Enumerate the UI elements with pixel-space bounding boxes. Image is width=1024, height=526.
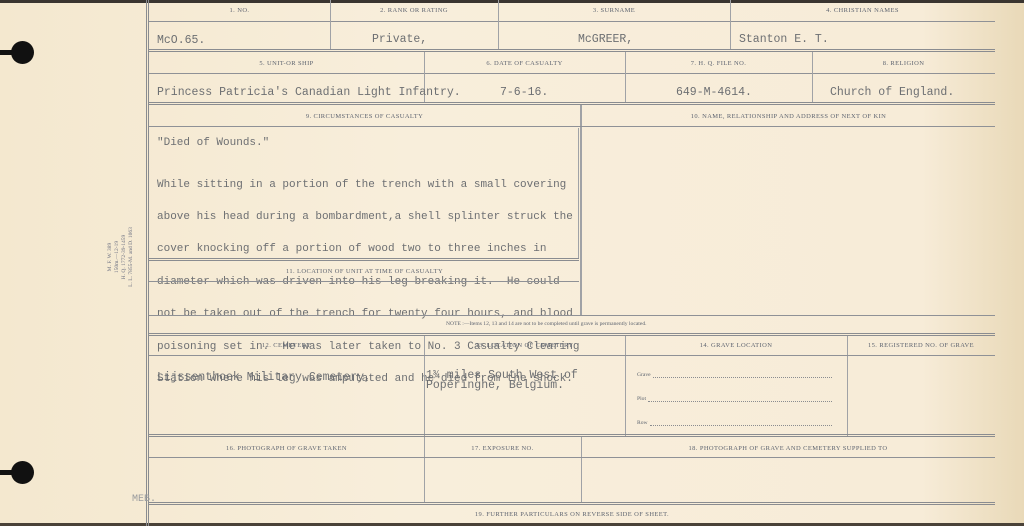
col-divider [578,128,579,258]
circumstances-heading[interactable]: "Died of Wounds." [157,138,269,149]
label-grave-location: 14. Grave Location [625,342,847,349]
rule-double [149,333,995,336]
rule-double [149,102,995,105]
label-location-of-unit: 11. Location of Unit at Time of Casualty [149,268,580,275]
value-surname[interactable]: McGREER, [578,33,633,46]
label-hq-file-no: 7. H. Q. File No. [625,60,812,67]
value-unit[interactable]: Princess Patricia's Canadian Light Infan… [157,86,461,99]
grave-field[interactable]: Grave [637,372,832,378]
circumstances-line: diameter which was driven into his leg b… [157,277,579,288]
label-photo-supplied: 18. Photograph of Grave and Cemetery Sup… [581,445,995,452]
value-no[interactable]: McO.65. [157,34,205,47]
circumstances-line: While sitting in a portion of the trench… [157,180,579,191]
value-rank[interactable]: Private, [372,33,427,46]
rule [149,355,995,356]
label-date-of-casualty: 6. Date of Casualty [424,60,625,67]
value-location-of-cemetery-line2[interactable]: Poperinghe, Belgium. [426,379,564,392]
punch-hole-icon [11,461,34,484]
rule [149,281,579,282]
value-christian-names[interactable]: Stanton E. T. [739,33,829,46]
print-line: L. L. 7855-M. and D. 1063 [128,217,135,297]
print-line: M. F. W. 389 [107,217,114,297]
top-edge [0,0,1024,3]
value-cemetery[interactable]: Lijssenthoek Military Cemetery, [157,371,371,384]
value-religion[interactable]: Church of England. [830,86,954,99]
row-field[interactable]: Row [637,420,832,426]
row-dots [650,420,832,426]
plot-label: Plot [637,396,646,402]
value-date-of-casualty[interactable]: 7-6-16. [500,86,548,99]
footer-note: 19. FURTHER PARTICULARS ON REVERSE SIDE … [149,511,995,518]
label-rank: 2. Rank or Rating [330,7,498,14]
rule [149,315,995,316]
rule-double [149,502,995,505]
label-next-of-kin: 10. Name, Relationship and Address of Ne… [582,113,995,120]
row-label: Row [637,420,648,426]
circumstances-line: cover knocking off a portion of wood two… [157,244,579,255]
label-christian-names: 4. Christian Names [730,7,995,14]
rule [149,126,995,127]
rule-double [149,49,995,52]
plot-field[interactable]: Plot [637,396,832,402]
label-no: 1. No. [149,7,330,14]
col-divider [625,336,626,436]
col-divider [847,336,848,436]
label-surname: 3. Surname [498,7,730,14]
value-hq-file-no[interactable]: 649-M-4614. [676,86,752,99]
label-registered-no: 15. Registered No. of Grave [847,342,995,349]
print-line: H. Q. 1772-39-1459 [121,217,128,297]
rule [149,457,995,458]
col-divider [580,105,582,315]
circumstances-line: above his head during a bombardment,a sh… [157,212,579,223]
plot-dots [648,396,832,402]
grave-label: Grave [637,372,651,378]
grave-dots [653,372,832,378]
grave-note: NOTE :—Items 12, 13 and 14 are not to be… [446,321,647,327]
label-unit: 5. Unit-or Ship [149,60,424,67]
rule-double [149,258,579,261]
rule [149,21,995,22]
label-cemetery: 12. Cemetery [149,342,424,349]
record-card: M. F. W. 389 150m.—12-19 H. Q. 1772-39-1… [0,0,1024,526]
label-circumstances: 9. Circumstances of Casualty [149,113,580,120]
label-location-of-cemetery: 13. Location of Cemetery [424,342,625,349]
punch-hole-icon [11,41,34,64]
label-photo-taken: 16. Photograph of Grave Taken [149,445,424,452]
rule-double [149,434,995,437]
label-religion: 8. Religion [812,60,995,67]
col-divider [424,336,425,436]
rule [149,73,995,74]
label-exposure-no: 17. Exposure No. [424,445,581,452]
form-print-code: M. F. W. 389 150m.—12-19 H. Q. 1772-39-1… [107,217,157,297]
print-line: 150m.—12-19 [114,217,121,297]
